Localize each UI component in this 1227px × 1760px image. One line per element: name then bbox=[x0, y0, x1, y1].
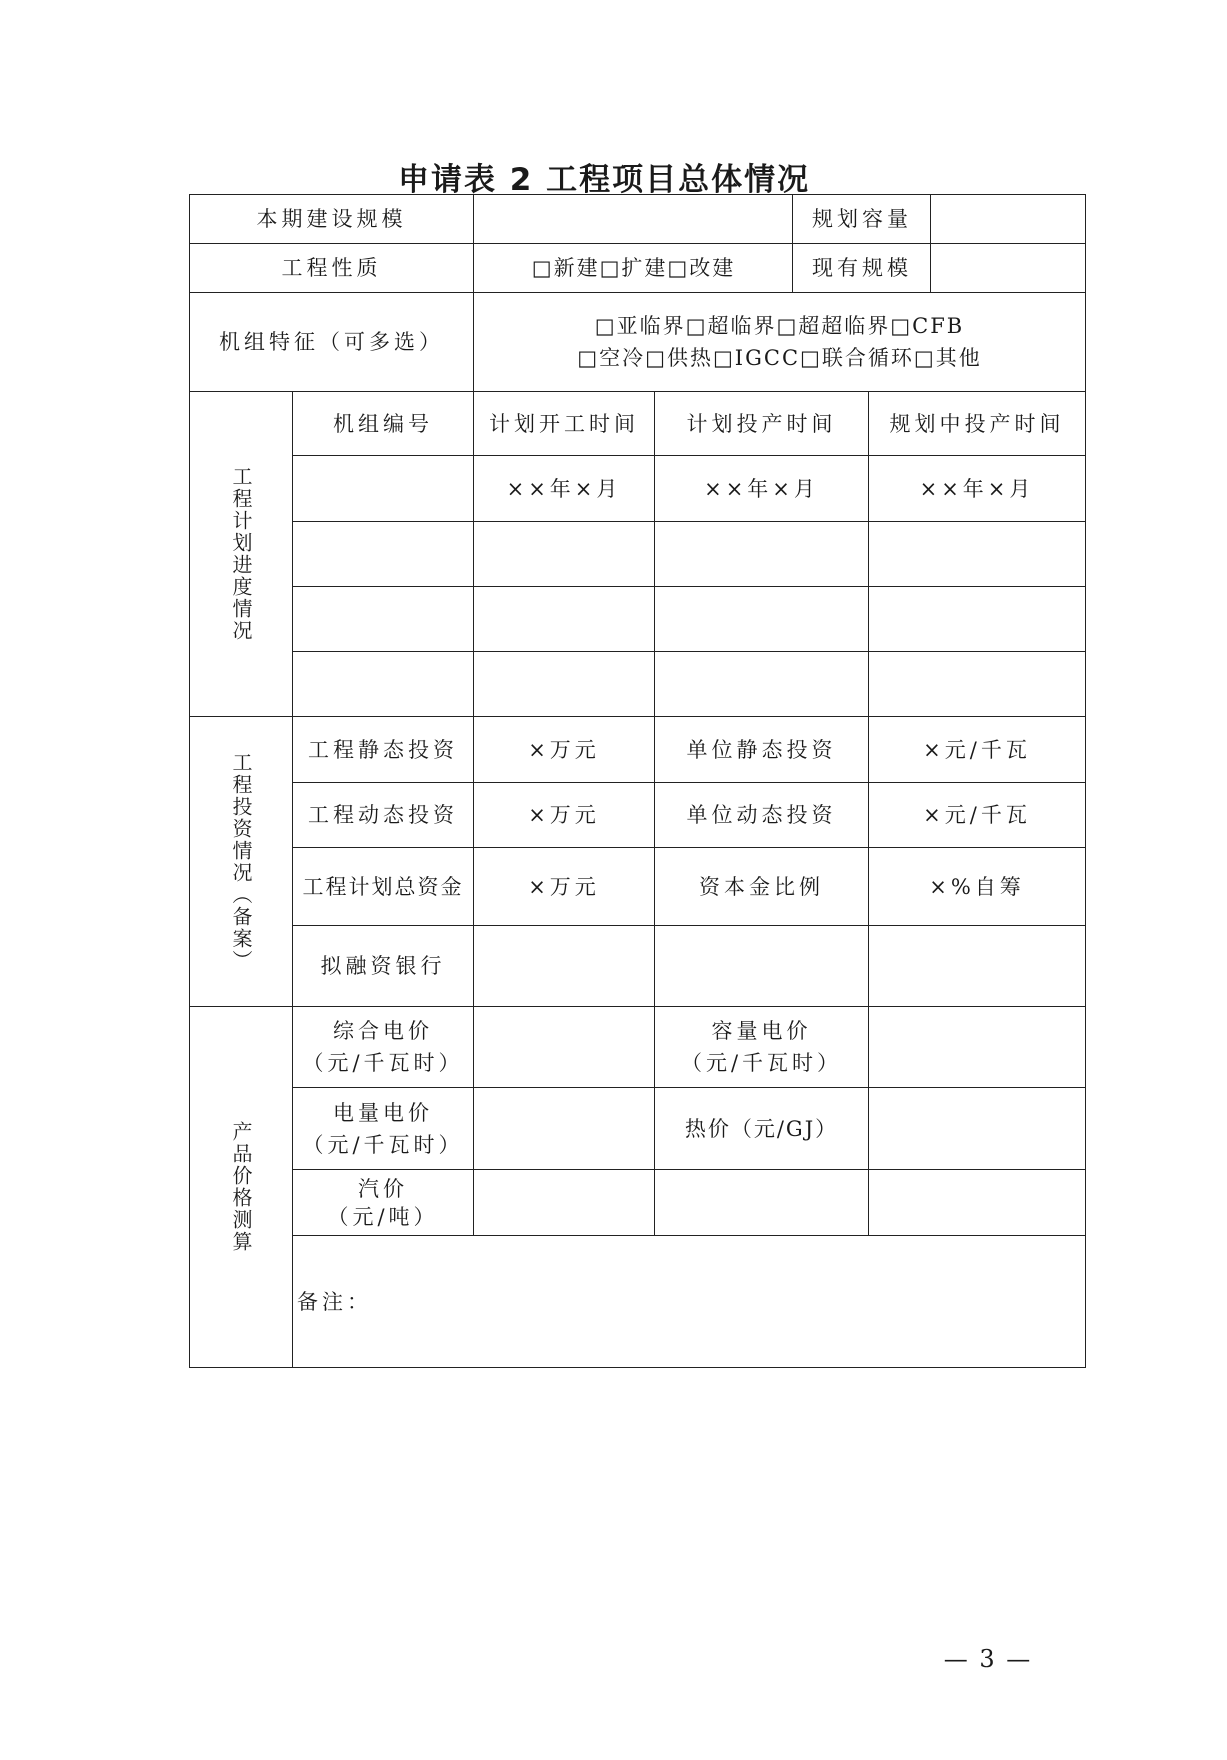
page-title-text: 申请表 2 工程项目总体情况 bbox=[398, 154, 810, 199]
unit-static-investment-label: 单位静态投资 bbox=[654, 716, 869, 783]
schedule-header-unit-no: 机组编号 bbox=[292, 391, 474, 456]
schedule-cell[interactable] bbox=[473, 651, 655, 717]
steam-price-extra-field[interactable] bbox=[654, 1169, 869, 1236]
remarks-label: 备注： bbox=[297, 1286, 372, 1318]
schedule-cell[interactable] bbox=[292, 651, 474, 717]
financing-bank-label: 拟融资银行 bbox=[292, 925, 474, 1007]
existing-scale-field[interactable] bbox=[930, 243, 1086, 293]
composite-price-label: 综合电价 （元/千瓦时） bbox=[292, 1006, 474, 1088]
heat-price-label: 热价（元/GJ） bbox=[654, 1087, 869, 1170]
heat-price-field[interactable] bbox=[868, 1087, 1086, 1170]
schedule-cell[interactable] bbox=[654, 651, 869, 717]
existing-scale-label: 现有规模 bbox=[792, 243, 932, 293]
schedule-header-start: 计划开工时间 bbox=[473, 391, 655, 456]
unit-features-line-2[interactable]: □空冷□供热□IGCC□联合循环□其他 bbox=[577, 342, 981, 374]
schedule-cell[interactable] bbox=[473, 586, 655, 652]
schedule-header-planned-operation: 规划中投产时间 bbox=[868, 391, 1086, 456]
financing-bank-field[interactable] bbox=[868, 925, 1086, 1007]
page-number: — 3 — bbox=[938, 1645, 1038, 1673]
schedule-cell[interactable] bbox=[473, 521, 655, 587]
project-nature-label: 工程性质 bbox=[189, 243, 474, 293]
static-investment-value[interactable]: ×万元 bbox=[473, 716, 655, 783]
unit-features-checkboxes[interactable]: □亚临界□超临界□超超临界□CFB □空冷□供热□IGCC□联合循环□其他 bbox=[473, 292, 1086, 392]
schedule-cell[interactable] bbox=[868, 651, 1086, 717]
energy-price-field[interactable] bbox=[473, 1087, 655, 1170]
schedule-cell[interactable]: ××年×月 bbox=[473, 455, 655, 522]
schedule-cell[interactable] bbox=[292, 521, 474, 587]
schedule-cell[interactable] bbox=[654, 521, 869, 587]
unit-features-label: 机组特征（可多选） bbox=[189, 292, 474, 392]
unit-dynamic-investment-value[interactable]: ×元/千瓦 bbox=[868, 782, 1086, 848]
total-planned-funds-label: 工程计划总资金 bbox=[292, 847, 474, 926]
pricing-section-label: 产品价格测算 bbox=[189, 1006, 293, 1368]
schedule-cell[interactable] bbox=[868, 521, 1086, 587]
project-overview-table: 本期建设规模 规划容量 工程性质 □新建□扩建□改建 现有规模 机组特征（可多选… bbox=[189, 194, 1086, 1368]
schedule-cell[interactable]: ××年×月 bbox=[868, 455, 1086, 522]
static-investment-label: 工程静态投资 bbox=[292, 716, 474, 783]
dynamic-investment-value[interactable]: ×万元 bbox=[473, 782, 655, 848]
construction-scale-field[interactable] bbox=[473, 194, 794, 244]
schedule-cell[interactable] bbox=[292, 455, 474, 522]
total-planned-funds-value[interactable]: ×万元 bbox=[473, 847, 655, 926]
schedule-cell[interactable] bbox=[654, 586, 869, 652]
financing-bank-field[interactable] bbox=[654, 925, 869, 1007]
schedule-cell[interactable] bbox=[868, 586, 1086, 652]
equity-ratio-label: 资本金比例 bbox=[654, 847, 869, 926]
unit-features-line-1[interactable]: □亚临界□超临界□超超临界□CFB bbox=[595, 310, 964, 342]
unit-dynamic-investment-label: 单位动态投资 bbox=[654, 782, 869, 848]
planned-capacity-label: 规划容量 bbox=[792, 194, 932, 244]
investment-section-label: 工程投资情况（备案） bbox=[189, 716, 293, 1007]
schedule-section-label: 工程计划进度情况 bbox=[189, 391, 293, 717]
equity-ratio-value[interactable]: ×%自筹 bbox=[868, 847, 1086, 926]
project-nature-checkboxes[interactable]: □新建□扩建□改建 bbox=[473, 243, 794, 293]
energy-price-label: 电量电价 （元/千瓦时） bbox=[292, 1087, 474, 1170]
capacity-price-label: 容量电价 （元/千瓦时） bbox=[654, 1006, 869, 1088]
steam-price-extra-field[interactable] bbox=[868, 1169, 1086, 1236]
planned-capacity-field[interactable] bbox=[930, 194, 1086, 244]
steam-price-field[interactable] bbox=[473, 1169, 655, 1236]
remarks-field[interactable]: 备注： bbox=[292, 1235, 1086, 1368]
dynamic-investment-label: 工程动态投资 bbox=[292, 782, 474, 848]
schedule-cell[interactable] bbox=[292, 586, 474, 652]
capacity-price-field[interactable] bbox=[868, 1006, 1086, 1088]
unit-static-investment-value[interactable]: ×元/千瓦 bbox=[868, 716, 1086, 783]
composite-price-field[interactable] bbox=[473, 1006, 655, 1088]
schedule-header-operation: 计划投产时间 bbox=[654, 391, 869, 456]
construction-scale-label: 本期建设规模 bbox=[189, 194, 474, 244]
schedule-cell[interactable]: ××年×月 bbox=[654, 455, 869, 522]
steam-price-label: 汽价 （元/吨） bbox=[292, 1169, 474, 1236]
financing-bank-field[interactable] bbox=[473, 925, 655, 1007]
